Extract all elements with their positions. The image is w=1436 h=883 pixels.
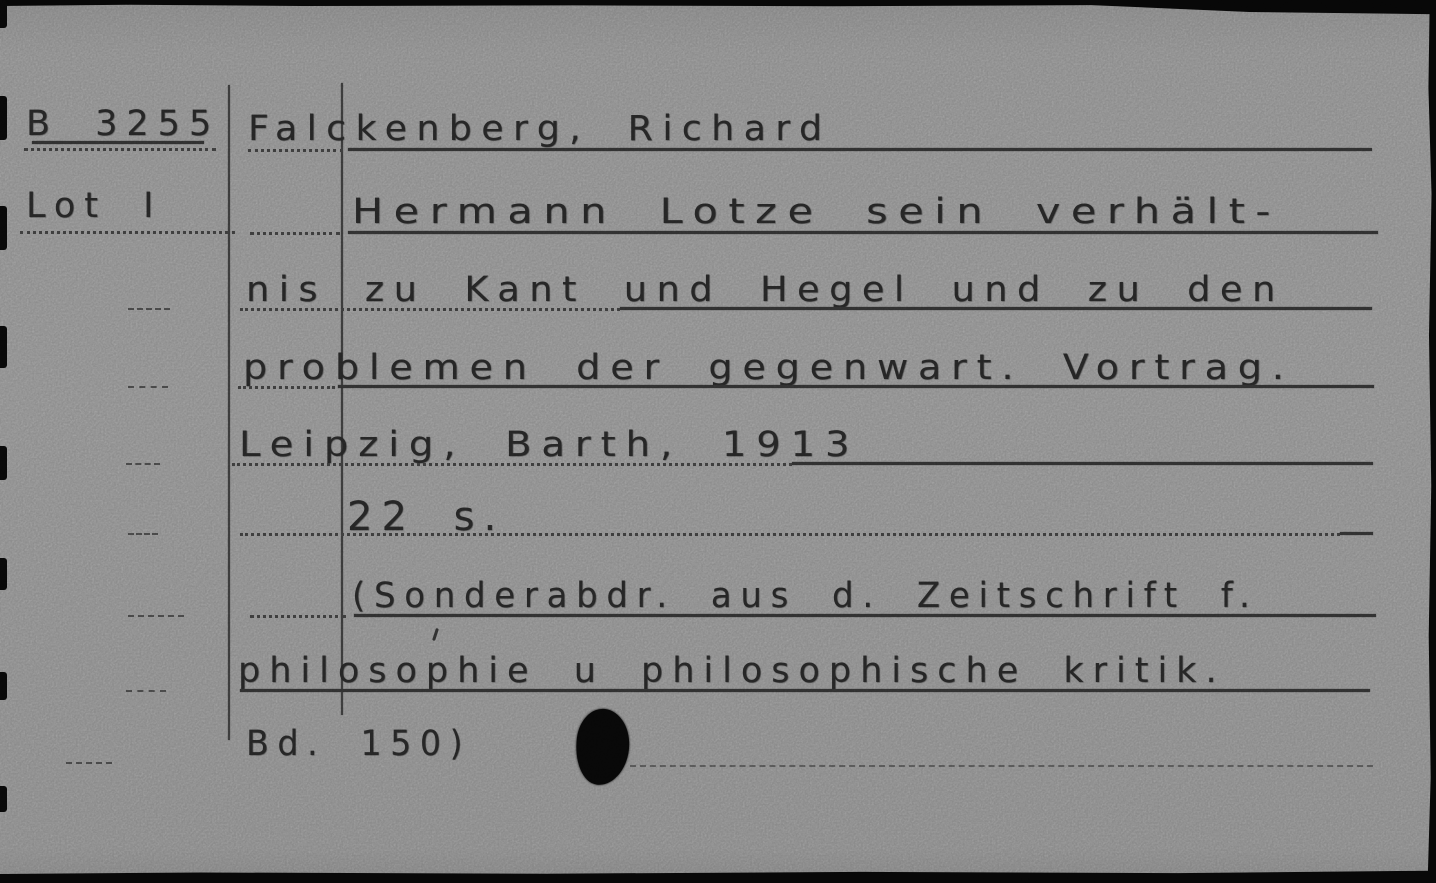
- note-line3-trailing-rule: [630, 765, 1373, 767]
- ink-blot: [572, 706, 634, 788]
- scan-edge-artifact: [0, 0, 7, 28]
- title-line3-margin-dash: [128, 386, 168, 388]
- ruled-line-vertical-left: [228, 85, 230, 740]
- imprint-underline: [792, 462, 1373, 465]
- note-line1-rule-dotted: [250, 615, 346, 618]
- call-number-line2: Lot I: [26, 186, 162, 226]
- scan-edge-bottom: [0, 868, 1436, 883]
- author-rule-dotted: [248, 149, 343, 152]
- call-number-line1: B 3255: [26, 104, 220, 144]
- pagination-margin-dash: [128, 533, 158, 535]
- call-number-line2-underline: [20, 231, 235, 234]
- ruled-line-vertical-right: [341, 83, 343, 715]
- call-number-underline-dotted: [24, 148, 216, 151]
- scan-edge-artifact: [0, 206, 7, 250]
- title-line3: problemen der gegenwart. Vortrag.: [243, 348, 1294, 388]
- scan-edge-right: [1422, 0, 1436, 883]
- note-line1-margin-dash: [128, 615, 184, 617]
- title-line2-margin-dash: [128, 308, 170, 310]
- pagination-line: 22 s.: [347, 494, 505, 540]
- imprint-margin-dash: [126, 463, 160, 465]
- pagination-rule-end: [1340, 532, 1373, 535]
- note-line3: Bd. 150): [246, 724, 471, 764]
- title-line1-rule-dotted: [250, 232, 340, 235]
- title-line2: nis zu Kant und Hegel und zu den: [246, 270, 1285, 310]
- imprint-line: Leipzig, Barth, 1913: [239, 425, 859, 465]
- stray-pen-mark: [432, 628, 439, 641]
- note-line3-margin-dash: [66, 762, 112, 764]
- scan-edge-artifact: [0, 558, 7, 590]
- author-line: Falckenberg, Richard: [248, 109, 831, 149]
- title-line1: Hermann Lotze sein verhält-: [352, 192, 1281, 232]
- scan-edge-artifact: [0, 326, 7, 368]
- catalog-card-scan: B 3255 Lot I Falckenberg, Richard Herman…: [0, 0, 1436, 883]
- scan-edge-artifact: [0, 446, 7, 480]
- note-line1: (Sonderabdr. aus d. Zeitschrift f.: [352, 576, 1259, 616]
- scan-edge-top: [0, 0, 1436, 15]
- scan-edge-artifact: [0, 672, 7, 700]
- scan-edge-artifact: [0, 786, 7, 812]
- scan-edge-artifact: [0, 96, 7, 140]
- note-line2-margin-dash: [126, 690, 166, 692]
- note-line2: philosophie u philosophische kritik.: [238, 651, 1226, 691]
